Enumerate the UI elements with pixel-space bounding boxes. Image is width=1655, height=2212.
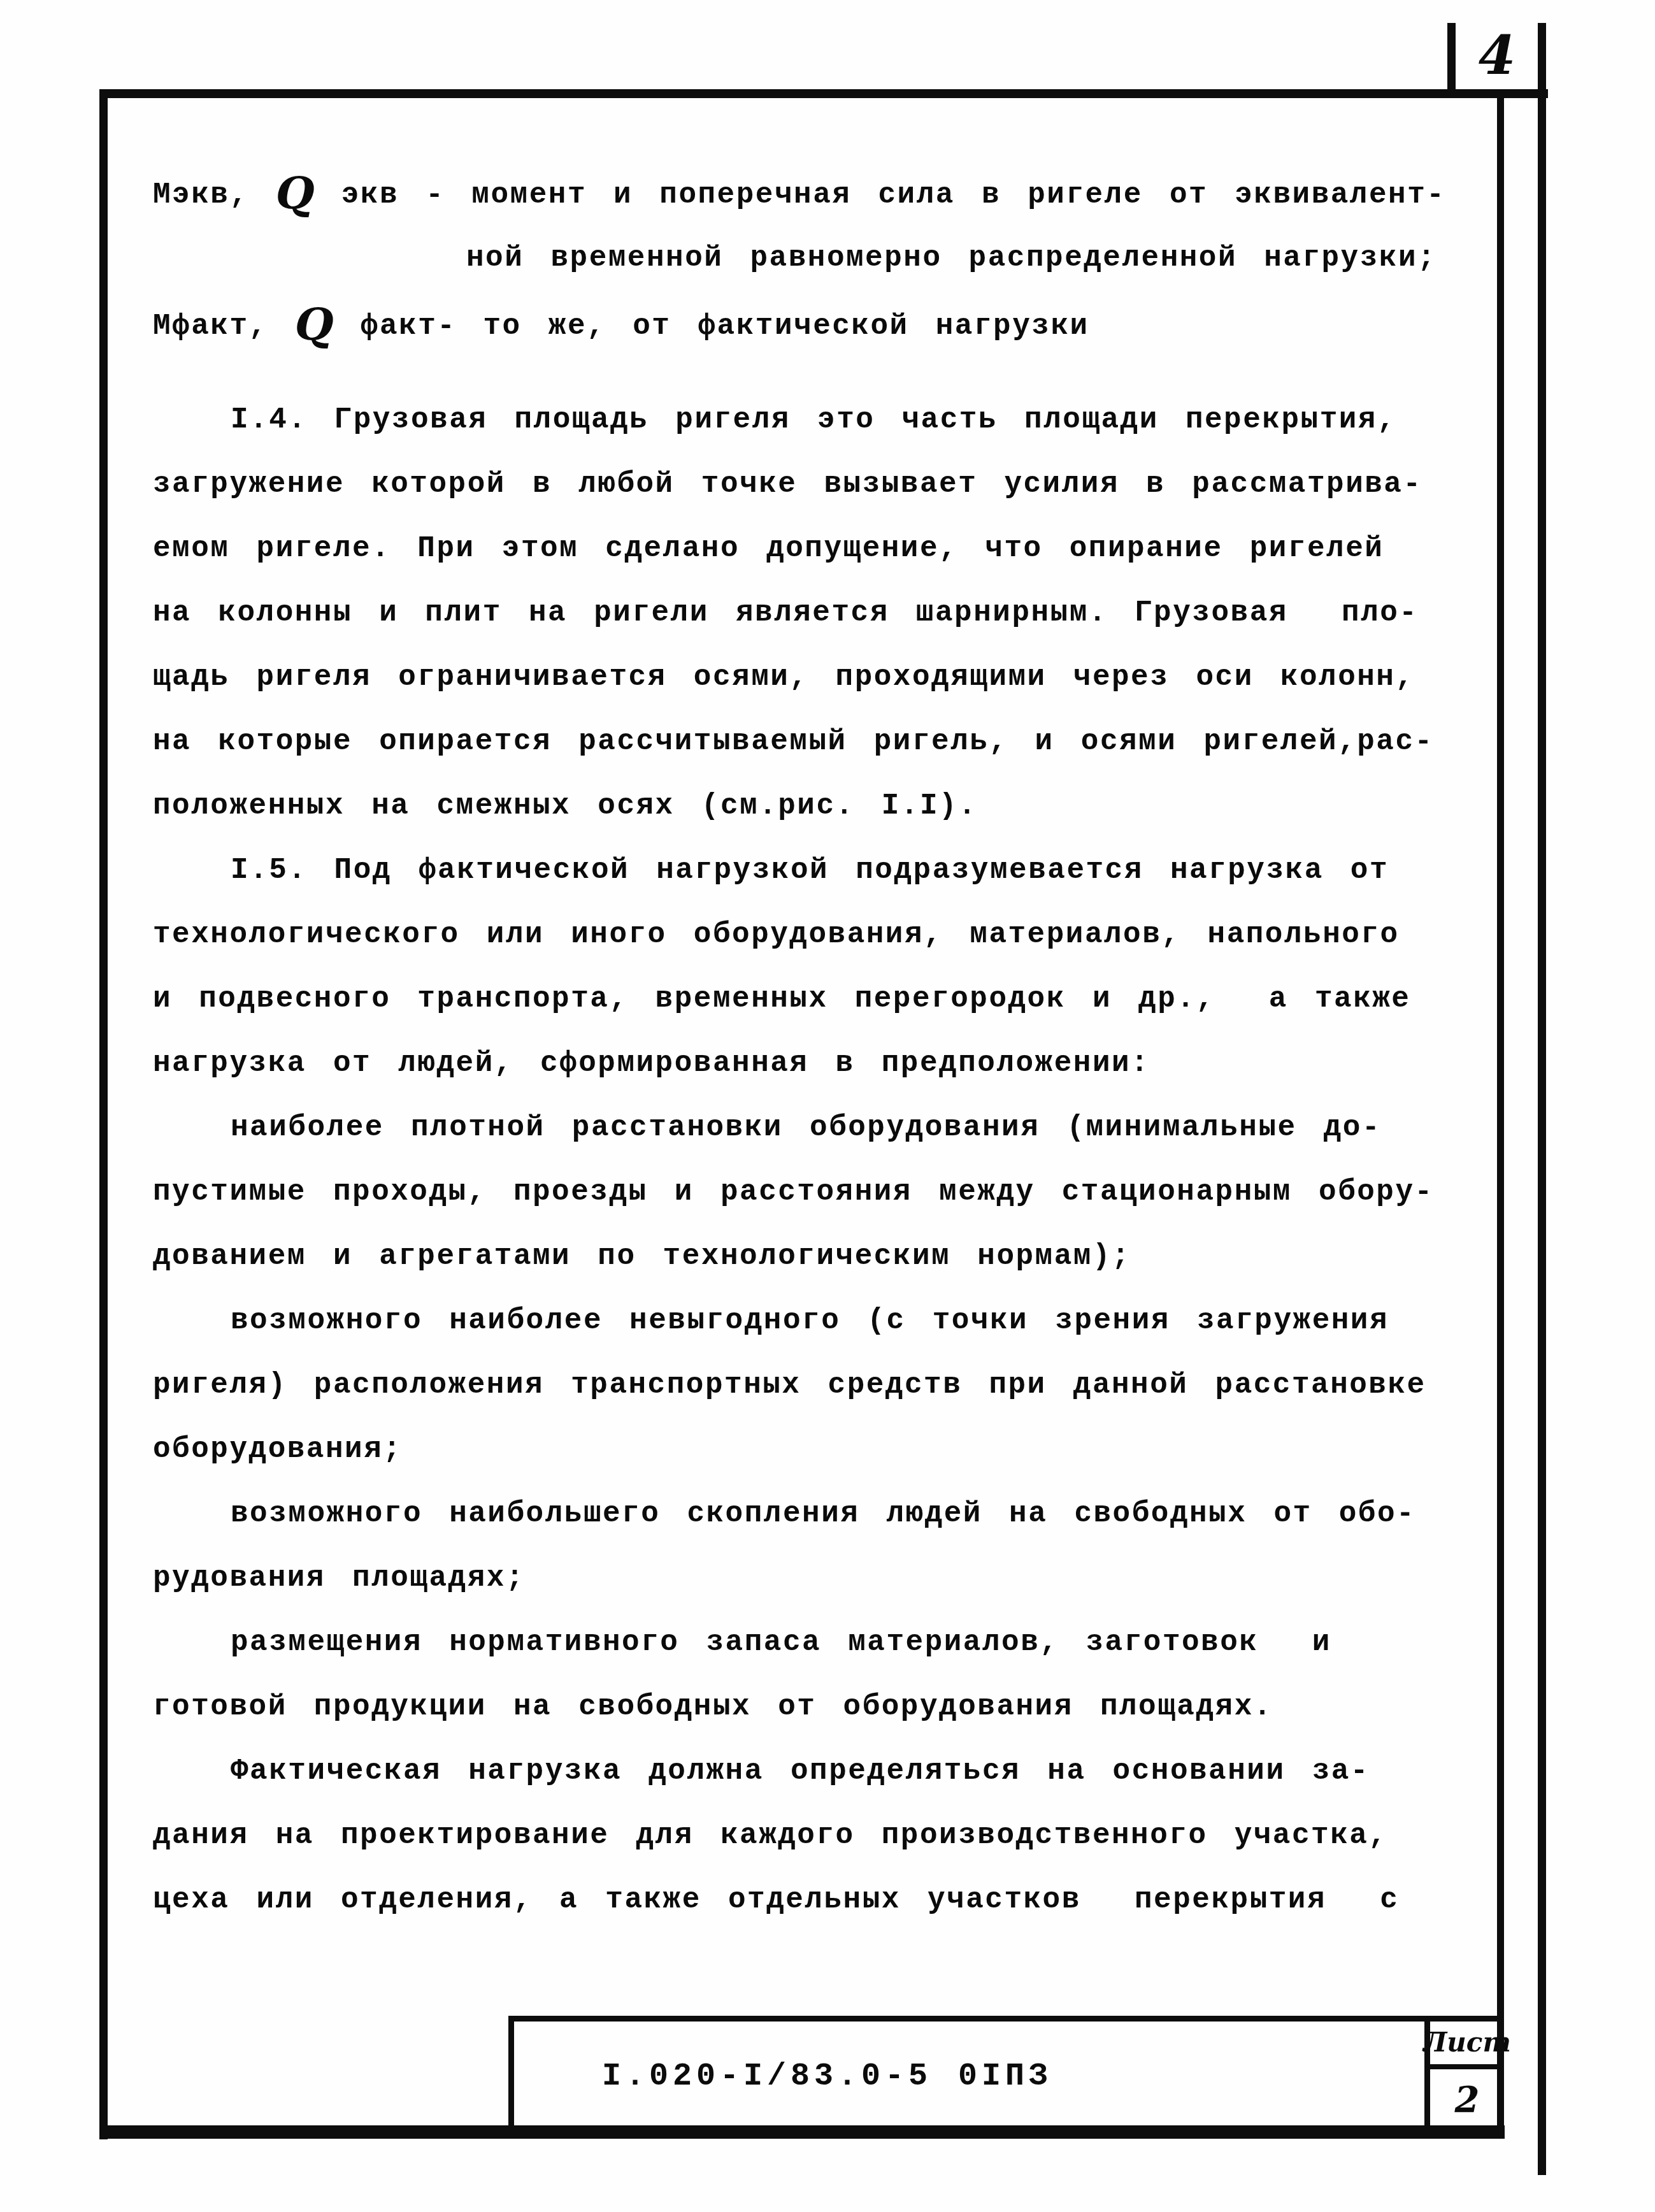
text-line: дованием и агрегатами по технологическим… (153, 1224, 1497, 1289)
definition-line: Мфакт, Q факт- то же, от фактической наг… (153, 291, 1497, 357)
definition-line: Мэкв, Q экв - момент и поперечная сила в… (153, 160, 1497, 226)
text-line: возможного наибольшего скопления людей н… (153, 1482, 1497, 1546)
text-line: I.4. Грузовая площадь ригеля это часть п… (153, 388, 1497, 452)
text-line: наиболее плотной расстановки оборудовани… (153, 1096, 1497, 1160)
definition-text: факт- то же, от фактической нагрузки (361, 310, 1089, 343)
text-line: загружение которой в любой точке вызывае… (153, 452, 1497, 517)
text-line: технологического или иного оборудования,… (153, 903, 1497, 967)
text-line: готовой продукции на свободных от оборуд… (153, 1675, 1497, 1739)
text-line: I.5. Под фактической нагрузкой подразуме… (153, 838, 1497, 903)
frame-top-border (101, 89, 1548, 98)
definition-line: ной временной равномерно распределенной … (153, 226, 1497, 291)
symbol-q: Q (295, 298, 334, 350)
frame-right-inner-border (1497, 94, 1504, 2139)
frame-right-outer-border (1538, 23, 1546, 2175)
text-line: цеха или отделения, а также отдельных уч… (153, 1868, 1497, 1932)
symbol-q: Q (276, 166, 315, 219)
body-text-block: I.4. Грузовая площадь ригеля это часть п… (153, 388, 1497, 1932)
title-block-top-rule (508, 2016, 1504, 2022)
symbol-m-fakt: Мфакт, (153, 310, 268, 343)
text-line: на которые опирается рассчитываемый риге… (153, 710, 1497, 774)
sheet-label: Лист (1430, 2018, 1504, 2065)
text-line: на колонны и плит на ригели является шар… (153, 581, 1497, 645)
text-line: оборудования; (153, 1418, 1497, 1482)
text-line: возможного наиболее невыгодного (с точки… (153, 1289, 1497, 1353)
text-line: дания на проектирование для каждого прои… (153, 1804, 1497, 1868)
symbol-m-ekv: Мэкв, (153, 178, 249, 212)
definitions-block: Мэкв, Q экв - момент и поперечная сила в… (153, 160, 1497, 357)
text-line: размещения нормативного запаса материало… (153, 1611, 1497, 1675)
page-number: 4 (1456, 19, 1538, 90)
text-line: Фактическая нагрузка должна определяться… (153, 1739, 1497, 1804)
text-line: емом ригеле. При этом сделано допущение,… (153, 517, 1497, 581)
text-line: положенных на смежных осях (см.рис. I.I)… (153, 774, 1497, 838)
page-number-cell-left-rule (1447, 23, 1456, 93)
definition-text: экв - момент и поперечная сила в ригеле … (341, 178, 1446, 212)
title-block-left-rule (508, 2016, 514, 2132)
frame-left-border (99, 89, 108, 2139)
text-line: ригеля) расположения транспортных средст… (153, 1353, 1497, 1418)
sheet-number: 2 (1430, 2069, 1504, 2130)
document-code: I.020-I/83.0-5 0IПЗ (602, 2022, 1052, 2131)
text-line: и подвесного транспорта, временных перег… (153, 967, 1497, 1031)
text-line: пустимые проходы, проезды и расстояния м… (153, 1160, 1497, 1224)
text-line: рудования площадях; (153, 1546, 1497, 1611)
scanned-document-page: 4 Мэкв, Q экв - момент и поперечная сила… (0, 0, 1655, 2212)
text-line: нагрузка от людей, сформированная в пред… (153, 1031, 1497, 1096)
text-line: щадь ригеля ограничивается осями, проход… (153, 645, 1497, 710)
